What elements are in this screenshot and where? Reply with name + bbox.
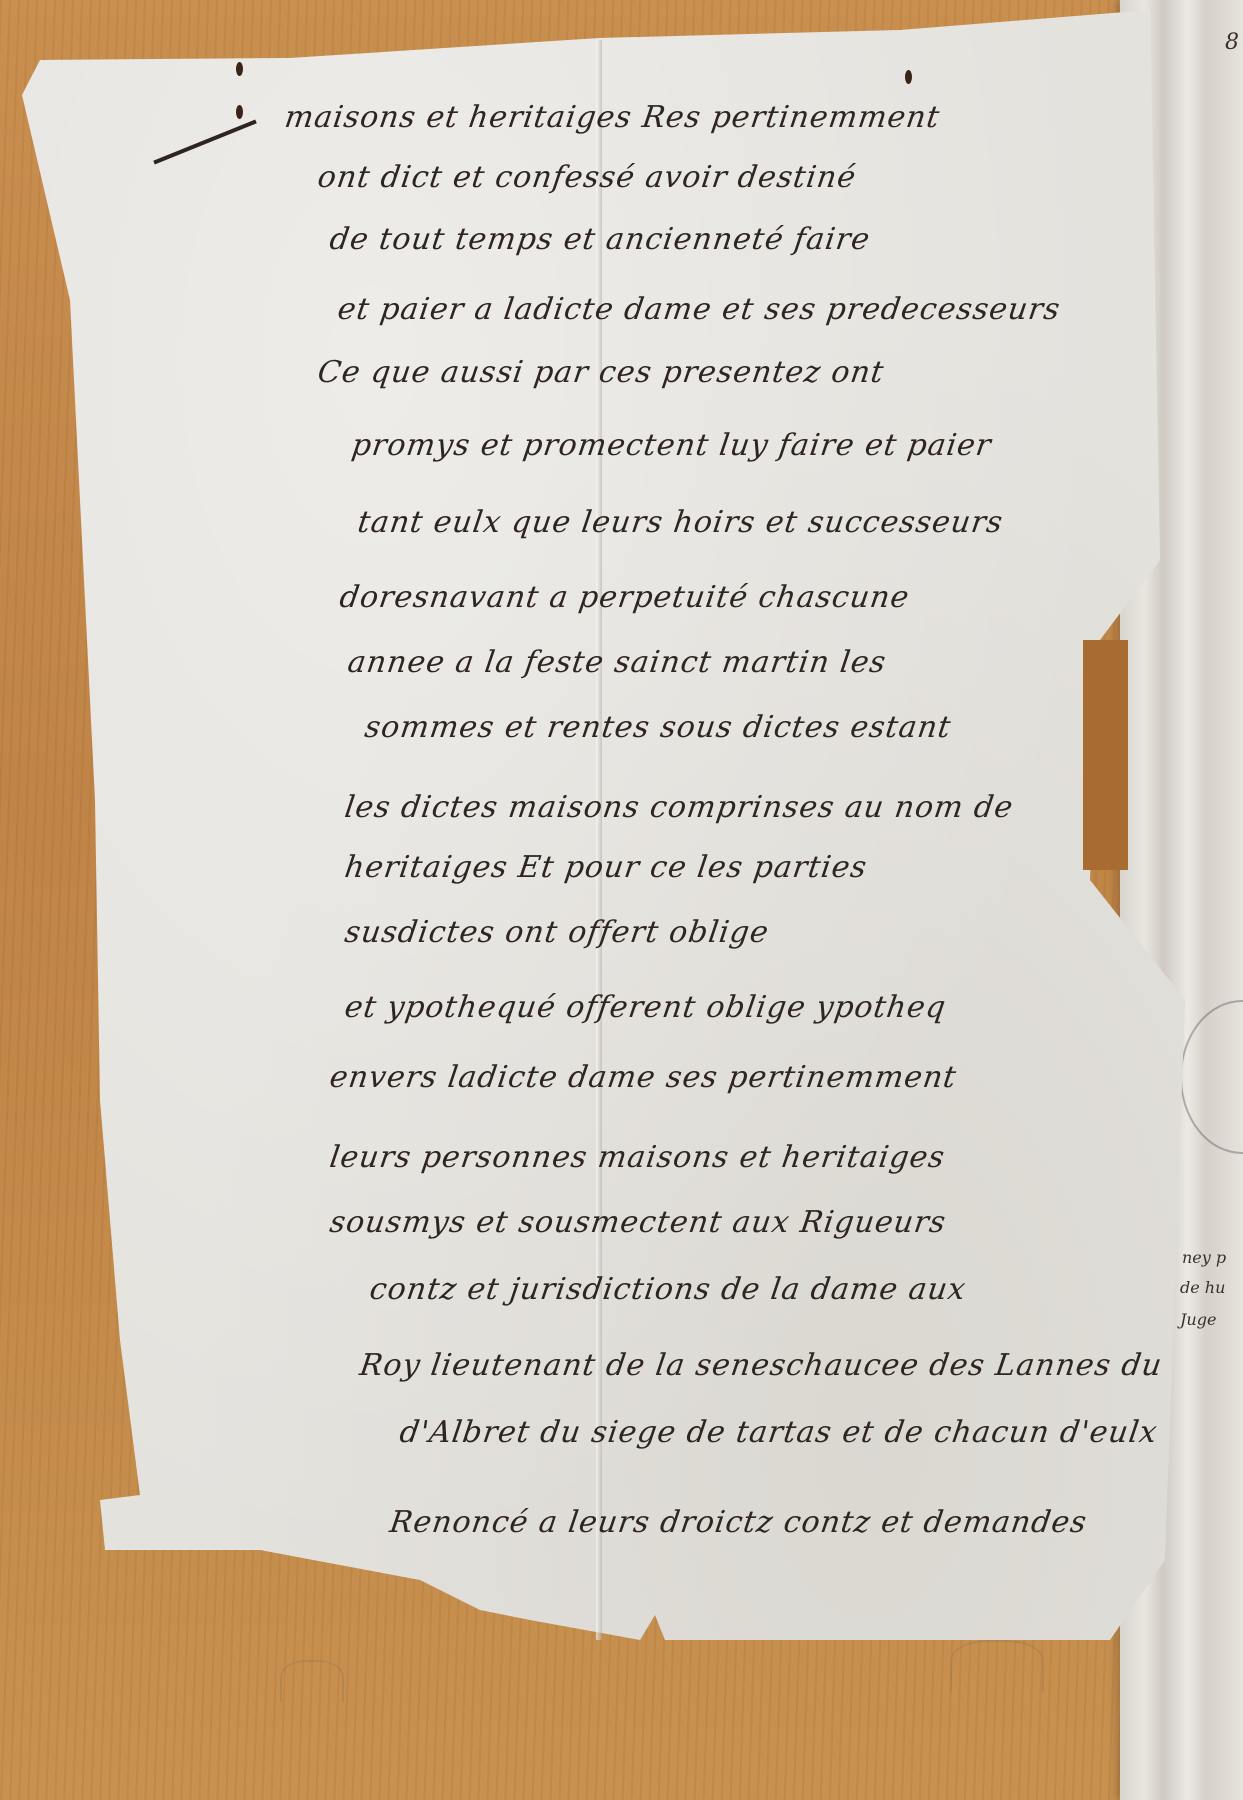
- manuscript-line: Roy lieutenant de la seneschaucee des La…: [358, 1348, 1165, 1383]
- manuscript-line: les dictes maisons comprinses au nom de: [343, 790, 1016, 825]
- manuscript-line: susdictes ont offert oblige: [343, 915, 772, 950]
- manuscript-line: maisons et heritaiges Res pertinemment: [283, 100, 943, 135]
- manuscript-line: de tout temps et ancienneté faire: [328, 222, 873, 257]
- water-stain: [950, 1640, 1044, 1692]
- manuscript-line: sommes et rentes sous dictes estant: [363, 710, 954, 745]
- water-stain: [280, 1660, 344, 1702]
- manuscript-line: promys et promectent luy faire et paier: [350, 428, 994, 463]
- binding-hole: [905, 70, 912, 84]
- page-marker: 8: [1225, 30, 1239, 55]
- margin-note: ney p: [1182, 1248, 1226, 1267]
- manuscript-line: Ce que aussi par ces presentez ont: [316, 355, 887, 390]
- manuscript-line: contz et jurisdictions de la dame aux: [368, 1272, 969, 1307]
- margin-note: Juge: [1180, 1310, 1216, 1329]
- torn-edge-gap: [1083, 640, 1128, 870]
- manuscript-line: d'Albret du siege de tartas et de chacun…: [398, 1415, 1160, 1450]
- manuscript-line: annee a la feste sainct martin les: [346, 645, 889, 680]
- manuscript-line: heritaiges Et pour ce les parties: [343, 850, 870, 885]
- manuscript-line: sousmys et sousmectent aux Rigueurs: [328, 1205, 949, 1240]
- manuscript-line: doresnavant a perpetuité chascune: [338, 580, 912, 615]
- manuscript-line: ont dict et confessé avoir destiné: [316, 160, 859, 195]
- binding-hole: [236, 105, 243, 119]
- manuscript-line: et paier a ladicte dame et ses predecess…: [336, 292, 1063, 327]
- center-fold-crease: [596, 40, 602, 1640]
- binding-hole: [236, 62, 243, 76]
- manuscript-line: envers ladicte dame ses pertinemment: [328, 1060, 959, 1095]
- margin-note: de hu: [1180, 1278, 1225, 1297]
- manuscript-line: et ypothequé offerent oblige ypotheq: [343, 990, 949, 1025]
- manuscript-line: leurs personnes maisons et heritaiges: [328, 1140, 948, 1175]
- manuscript-line: Renoncé a leurs droictz contz et demande…: [388, 1505, 1090, 1540]
- manuscript-line: tant eulx que leurs hoirs et successeurs: [356, 505, 1006, 540]
- manuscript-sheet: maisons et heritaiges Res pertinemment o…: [0, 0, 1243, 1800]
